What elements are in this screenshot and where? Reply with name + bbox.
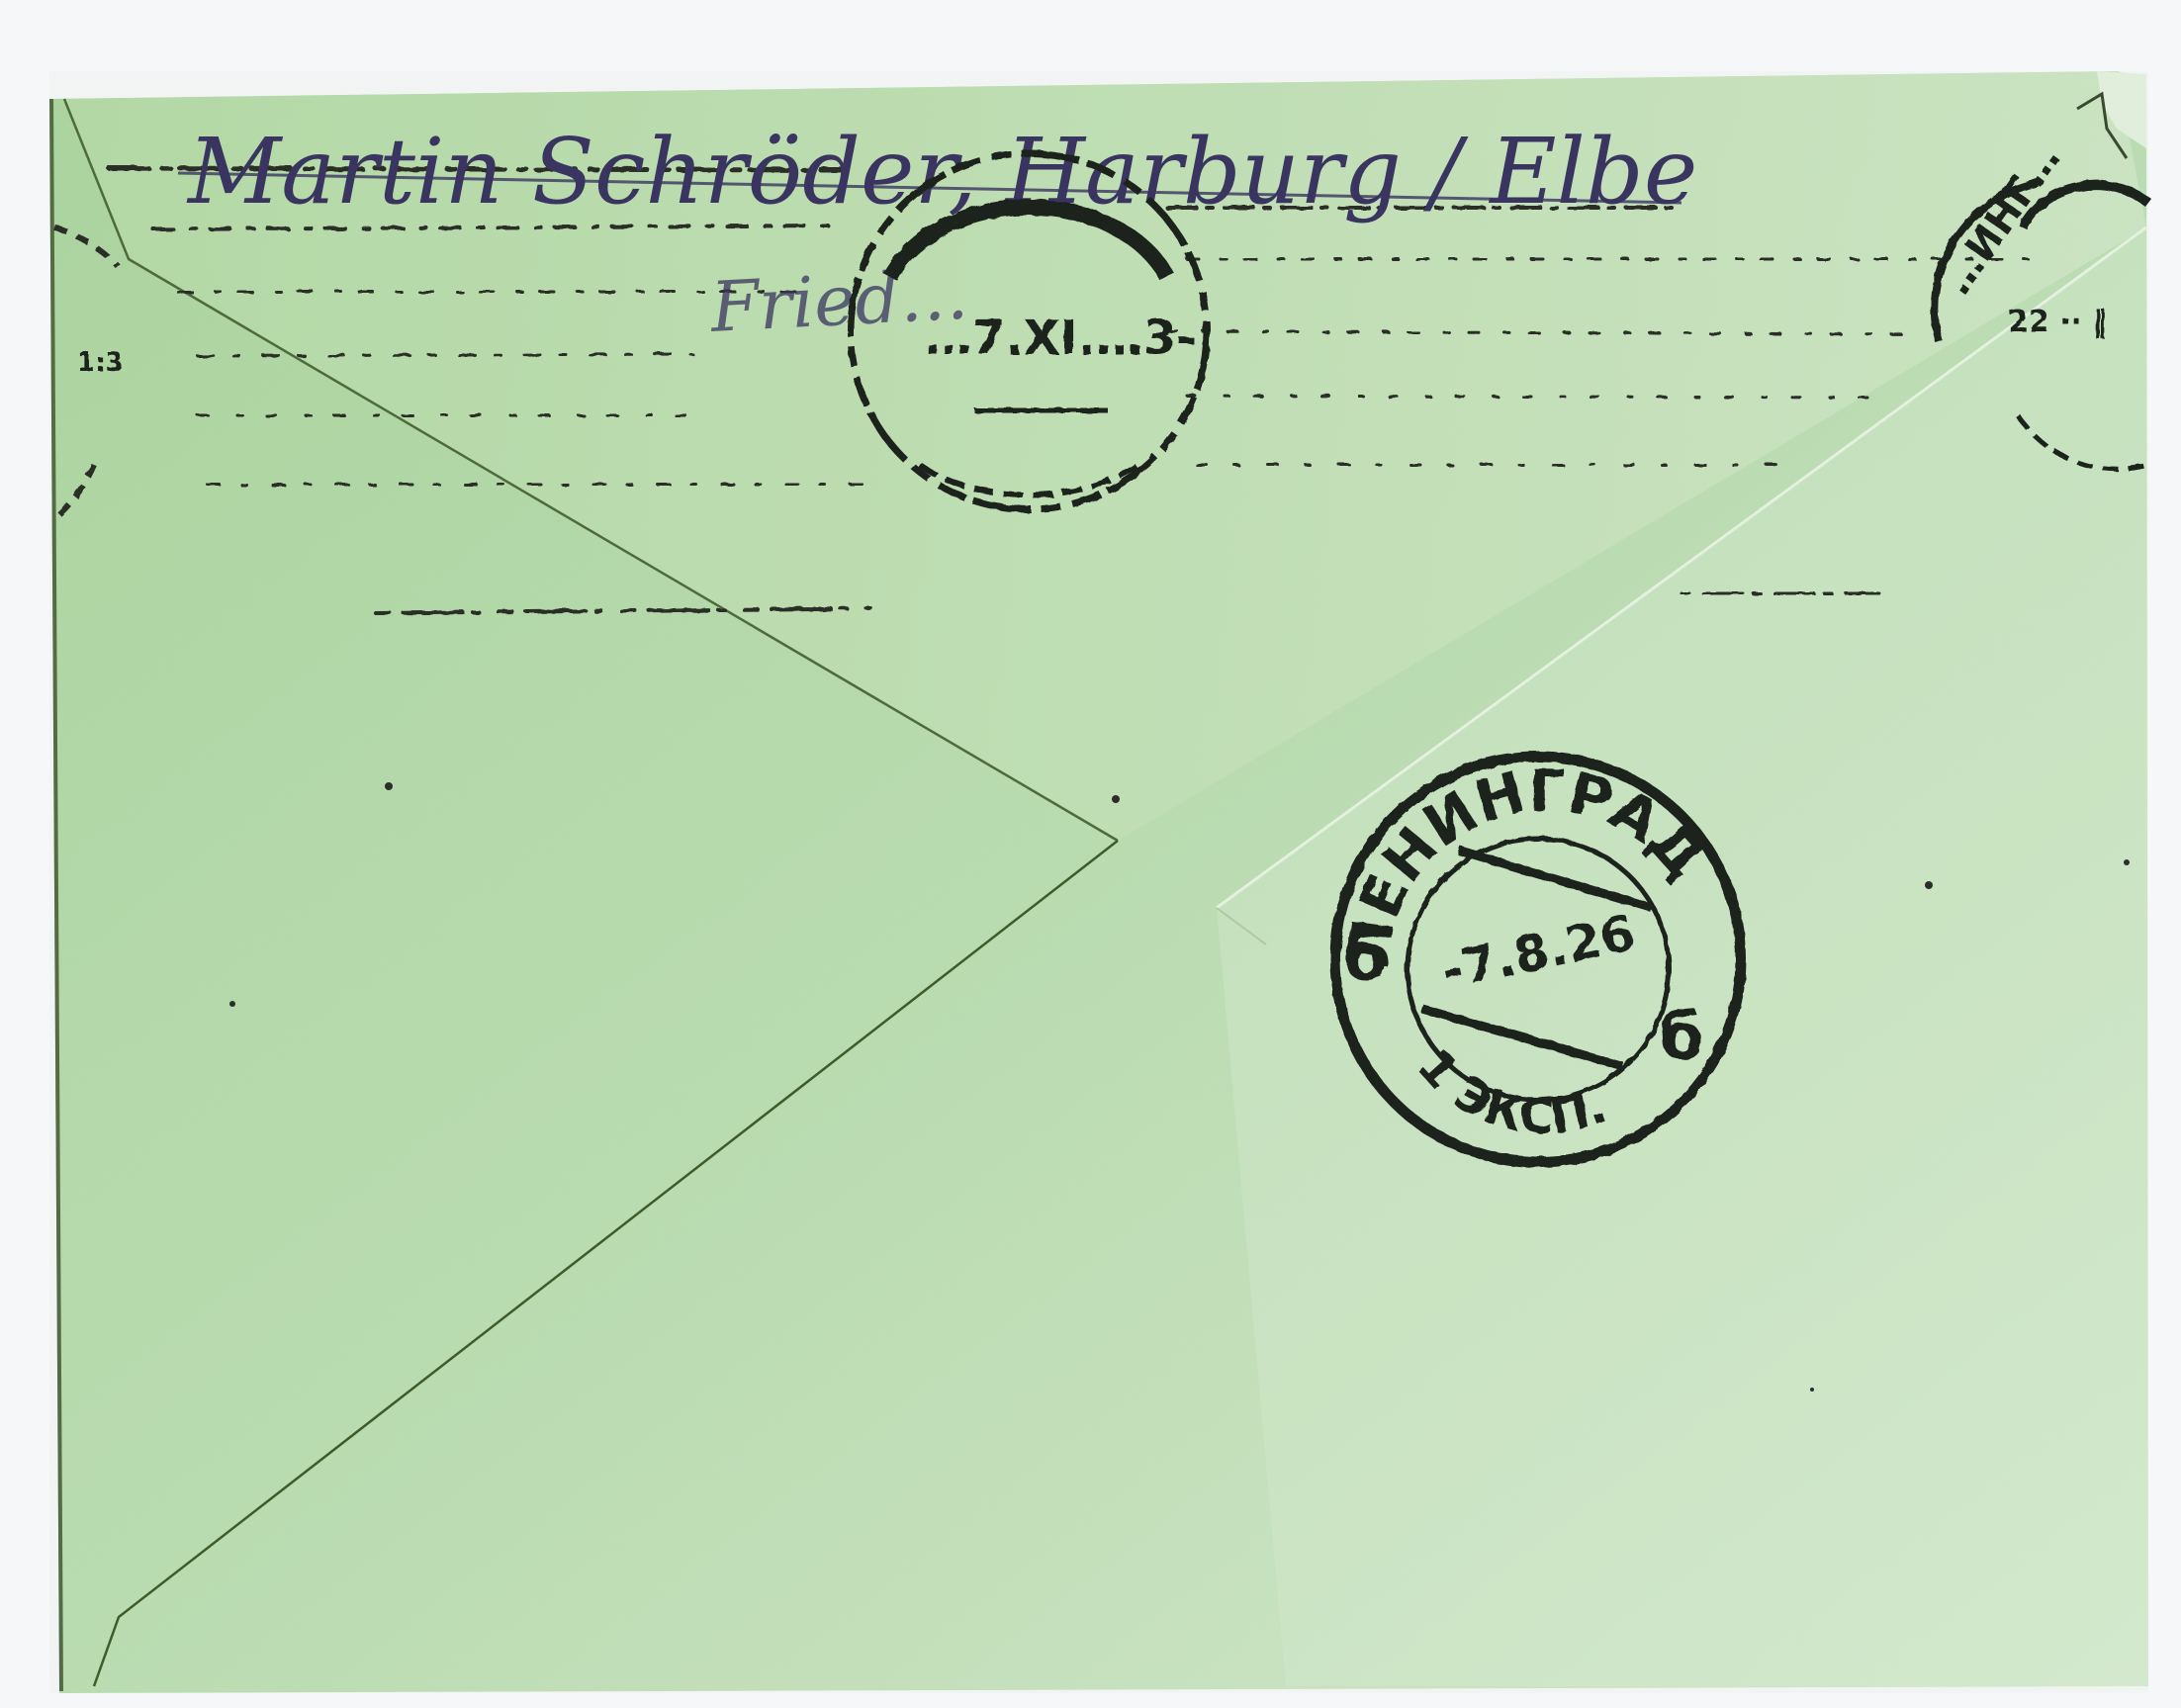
postmark-side-right: б [1660,1001,1704,1074]
postmark-top-center-date: …7.XI.…3- [925,311,1196,366]
sender-name: Martin Schröder, Harburg / Elbe [186,119,1697,225]
envelope-photo: 1:3 Martin Schröder, Harburg / Elbe Frie… [0,0,2181,1708]
envelope-illustration: 1:3 Martin Schröder, Harburg / Elbe Frie… [0,0,2181,1708]
svg-text:22 ·· ‖: 22 ·· ‖ [2008,305,2107,339]
postmark-side-left: б [1343,922,1388,995]
svg-text:1:3: 1:3 [77,348,124,378]
